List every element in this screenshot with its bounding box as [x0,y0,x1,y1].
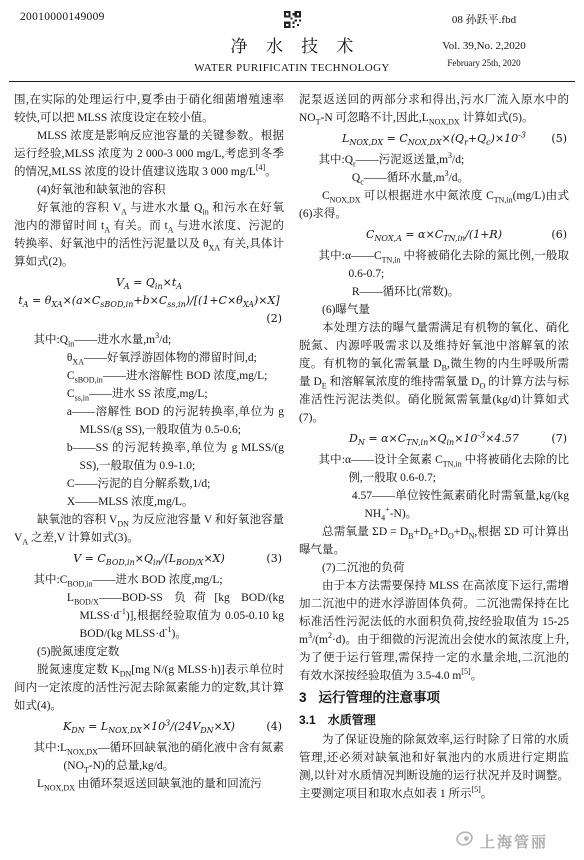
equation-number: (4) [266,718,282,736]
paragraph: 泥泵返送回的两部分求和得出,污水厂流入原水中的 NOT-N 可忽略不计,因此,L… [299,91,569,127]
equation-4: KDN = LNOX,DX×103/(24VDN×X) (4) [14,718,284,736]
volume-line: Vol. 39,No. 2,2020 [404,40,564,52]
paragraph: CNOX,DX 可以根据进水中氮浓度 CTN,in(mg/L)由式(6)求得。 [299,187,569,223]
paragraph: 总需氧量 ΣD = DB+DE+DO+DN,根据 ΣD 可计算出曝气量。 [299,523,569,559]
definition-item: Qc——循环水量,m3/d。 [299,169,569,187]
item-heading: (7)二沉池的负荷 [299,559,569,577]
paragraph: 本处理方法的曝气量需满足有机物的氧化、硝化脱氮、内源呼吸需求以及维持好氧池中溶解… [299,319,569,427]
definition-list: 其中:α——CTN,in 中将被硝化去除的氮比例,一般取 0.6-0.7; R—… [299,247,569,301]
equation-number: (3) [266,550,282,568]
equation-2: VA = Qin×tA tA = θXA×(a×CsBOD,in+b×Css,i… [14,274,284,328]
paragraph: LNOX,DX 由循环泵返送回缺氧池的量和回流污 [14,775,284,793]
definition-item: LBOD/X——BOD-SS 负荷[kg BOD/(kg MLSS·d-1)],… [14,589,284,643]
section-heading: 3运行管理的注意事项 [299,685,569,710]
paragraph: 由于本方法需要保持 MLSS 在高浓度下运行,需增加二沉池中的进水浮游固体负荷。… [299,577,569,685]
item-heading: (6)曝气量 [299,301,569,319]
definition-item: θXA——好氧浮游固体物的滞留时间,d; [14,349,284,367]
equation-number: (6) [551,226,567,244]
watermark: 上海管丽 [455,830,548,852]
definition-item: 其中:Qin——进水水量,m3/d; [14,331,284,349]
definition-item: 其中:Qr——污泥返送量,m3/d; [299,151,569,169]
paragraph: MLSS 浓度是影响反应池容量的关键参数。根据运行经验,MLSS 浓度为 2 0… [14,127,284,181]
definition-item: 其中:LNOX,DX—循环回缺氧池的硝化液中含有氮素(NOT-N)的总量,kg/… [14,739,284,775]
definition-item: 其中:CBOD,in——进水 BOD 浓度,mg/L; [14,571,284,589]
definition-list: 其中:Qr——污泥返送量,m3/d; Qc——循环水量,m3/d。 [299,151,569,187]
definition-item: b——SS 的污泥转换率,单位为 g MLSS/(g SS),一般取值为 0.9… [14,439,284,475]
section-number: 3 [299,690,307,705]
definition-item: 其中:α——CTN,in 中将被硝化去除的氮比例,一般取 0.6-0.7; [299,247,569,283]
definition-item: 4.57——单位铵性氮素硝化时需氧量,kg/(kg NH4+-N)。 [299,487,569,523]
definition-item: CsBOD,in——进水溶解性 BOD 浓度,mg/L; [14,367,284,385]
journal-title-cn: 净 水 技 术 [180,32,404,57]
equation-6: CNOX,A = α×CTN,in/(1+R) (6) [299,226,569,244]
definition-list: 其中:LNOX,DX—循环回缺氧池的硝化液中含有氮素(NOT-N)的总量,kg/… [14,739,284,775]
right-column: 泥泵返送回的两部分求和得出,污水厂流入原水中的 NOT-N 可忽略不计,因此,L… [299,91,569,803]
equation-line: tA = θXA×(a×CsBOD,in+b×Css,in)/[(1+C×θXA… [14,292,284,310]
equation-line: V = CBOD,in×Qin/(LBOD/X×X) [14,550,284,568]
page-header: 20010000149009 净 水 技 术 WATER PURIFICATIN… [0,0,584,74]
journal-masthead: 净 水 技 术 WATER PURIFICATIN TECHNOLOGY [180,11,404,74]
section-title: 运行管理的注意事项 [319,690,441,705]
equation-line: DN = α×CTN,in×Qin×10-3×4.57 [299,430,569,448]
paper-page: 20010000149009 净 水 技 术 WATER PURIFICATIN… [0,0,584,860]
file-label: 08 孙跃平.fbd [404,11,564,27]
doc-number: 20010000149009 [20,11,180,74]
equation-number: (5) [551,130,567,148]
subsection-number: 3.1 [299,713,316,727]
definition-list: 其中:CBOD,in——进水 BOD 浓度,mg/L; LBOD/X——BOD-… [14,571,284,643]
paragraph: 为了保证设施的除氮效率,运行时除了日常的水质管理,还必须对缺氧池和好氧池内的水质… [299,731,569,803]
paragraph: 缺氧池的容积 VDN 为反应池容量 V 和好氧池容量 VA 之差,V 计算如式(… [14,511,284,547]
paragraph: 围,在实际的处理运行中,夏季由于硝化细菌增殖速率较快,可以把 MLSS 浓度设定… [14,91,284,127]
definition-item: C——污泥的自分解系数,1/d; [14,475,284,493]
paragraph: 好氧池的容积 VA 与进水水量 Qin 和污水在好氧池内的滞留时间 tA 有关。… [14,199,284,271]
equation-5: LNOX,DX = CNOX,DX×(Qr+Qc)×10-3 (5) [299,130,569,148]
definition-list: 其中:Qin——进水水量,m3/d; θXA——好氧浮游固体物的滞留时间,d; … [14,331,284,511]
equation-3: V = CBOD,in×Qin/(LBOD/X×X) (3) [14,550,284,568]
definition-item: a——溶解性 BOD 的污泥转换率,单位为 g MLSS/(g SS),一般取值… [14,403,284,439]
equation-line: KDN = LNOX,DX×103/(24VDN×X) [14,718,284,736]
journal-title-en: WATER PURIFICATIN TECHNOLOGY [180,62,404,74]
paragraph: 脱氮速度定数 KDN[mg N/(g MLSS·h)]表示单位时间内一定浓度的活… [14,661,284,715]
left-column: 围,在实际的处理运行中,夏季由于硝化细菌增殖速率较快,可以把 MLSS 浓度设定… [14,91,284,803]
watermark-logo-icon [455,830,474,852]
qr-code-icon [180,11,404,29]
definition-item: R——循环比(常数)。 [299,283,569,301]
issue-info: 08 孙跃平.fbd Vol. 39,No. 2,2020 February 2… [404,11,564,74]
equation-number: (2) [14,310,284,328]
date-line: February 25th, 2020 [404,58,564,68]
subsection-heading: 3.1水质管理 [299,710,569,731]
subsection-title: 水质管理 [328,713,376,727]
watermark-text: 上海管丽 [480,831,548,852]
equation-line: LNOX,DX = CNOX,DX×(Qr+Qc)×10-3 [299,130,569,148]
equation-line: CNOX,A = α×CTN,in/(1+R) [299,226,569,244]
item-heading: (5)脱氮速度定数 [14,643,284,661]
equation-number: (7) [551,430,567,448]
definition-item: X——MLSS 浓度,mg/L。 [14,493,284,511]
definition-item: Css,in——进水 SS 浓度,mg/L; [14,385,284,403]
equation-7: DN = α×CTN,in×Qin×10-3×4.57 (7) [299,430,569,448]
two-column-body: 围,在实际的处理运行中,夏季由于硝化细菌增殖速率较快,可以把 MLSS 浓度设定… [0,82,584,803]
definition-list: 其中:α——设计全氮素 CTN,in 中将被硝化去除的比例,一般取 0.6-0.… [299,451,569,523]
definition-item: 其中:α——设计全氮素 CTN,in 中将被硝化去除的比例,一般取 0.6-0.… [299,451,569,487]
equation-line: VA = Qin×tA [14,274,284,292]
item-heading: (4)好氧池和缺氧池的容积 [14,181,284,199]
